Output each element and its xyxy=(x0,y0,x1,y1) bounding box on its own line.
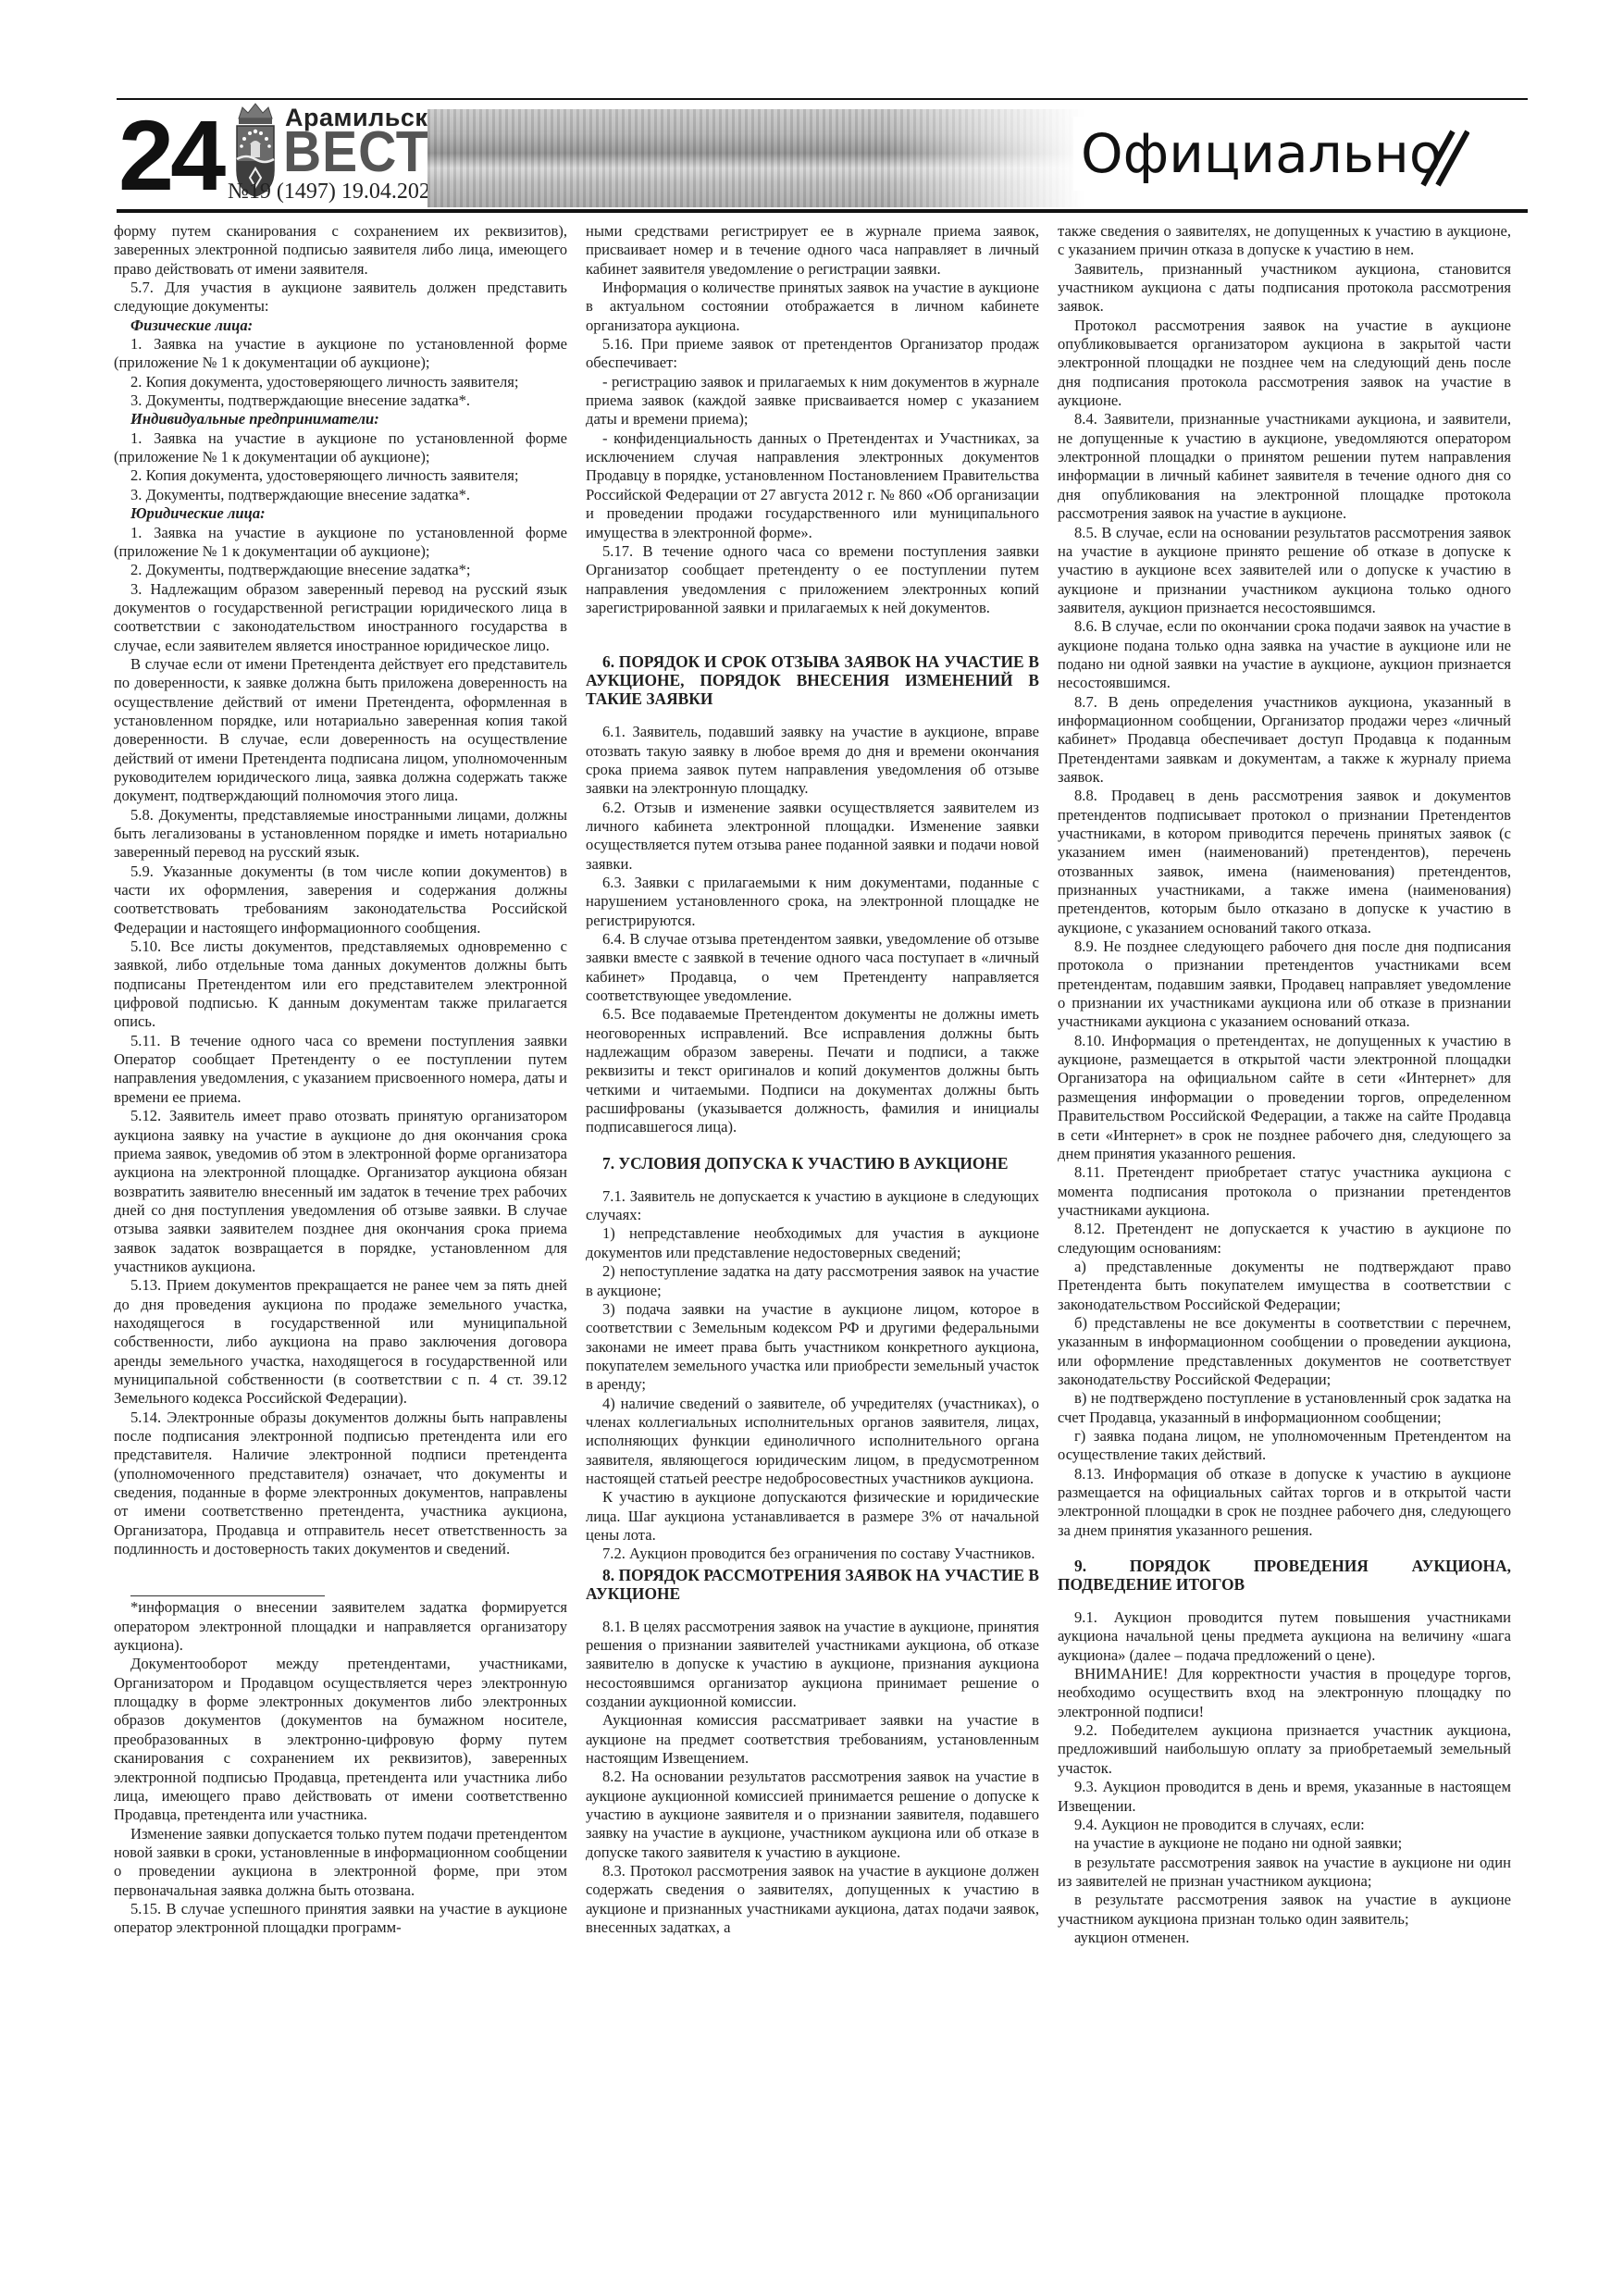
paragraph: К участию в аукционе допускаются физичес… xyxy=(586,1488,1039,1545)
section-heading-6: 6. ПОРЯДОК И СРОК ОТЗЫВА ЗАЯВОК НА УЧАСТ… xyxy=(586,652,1039,708)
list-item: 2. Копия документа, удостоверяющего личн… xyxy=(114,466,567,485)
section-heading-8: 8. ПОРЯДОК РАССМОТРЕНИЯ ЗАЯВОК НА УЧАСТИ… xyxy=(586,1566,1039,1603)
section-title: Официально xyxy=(1073,117,1449,191)
list-item: 3. Документы, подтверждающие внесение за… xyxy=(114,391,567,410)
paragraph-8-4: 8.4. Заявители, признанные участниками а… xyxy=(1058,410,1511,523)
list-item: в результате рассмотрения заявок на учас… xyxy=(1058,1854,1511,1892)
paragraph-5-17: 5.17. В течение одного часа со времени п… xyxy=(586,542,1039,617)
section-heading-7: 7. УСЛОВИЯ ДОПУСКА К УЧАСТИЮ В АУКЦИОНЕ xyxy=(586,1154,1039,1173)
paragraph-8-7: 8.7. В день определения участников аукци… xyxy=(1058,693,1511,788)
list-item: 1. Заявка на участие в аукционе по устан… xyxy=(114,429,567,467)
subheading-entrepreneurs: Индивидуальные предприниматели: xyxy=(114,410,567,428)
paragraph-5-16: 5.16. При приеме заявок от претендентов … xyxy=(586,335,1039,373)
paragraph-8-11: 8.11. Претендент приобретает статус учас… xyxy=(1058,1163,1511,1220)
paragraph-6-2: 6.2. Отзыв и изменение заявки осуществля… xyxy=(586,799,1039,874)
newspaper-page: 24 Арамильские ВЕСТИ №19 (1497) 19.04.20… xyxy=(0,0,1623,2296)
paragraph: форму путем сканирования с сохранением и… xyxy=(114,222,567,279)
column-3: также сведения о заявителях, не допущенн… xyxy=(1058,222,1511,1947)
page-number: 24 xyxy=(118,109,222,202)
paragraph-5-15: 5.15. В случае успешного принятия заявки… xyxy=(114,1900,567,1938)
list-item: 3. Документы, подтверждающие внесение за… xyxy=(114,486,567,504)
paragraph-8-8: 8.8. Продавец в день рассмотрения заявок… xyxy=(1058,787,1511,937)
list-item: 3) подача заявки на участие в аукционе л… xyxy=(586,1300,1039,1395)
top-rule xyxy=(117,98,1528,100)
list-item: 4) наличие сведений о заявителе, об учре… xyxy=(586,1395,1039,1489)
subheading-legal-entities: Юридические лица: xyxy=(114,504,567,523)
paragraph-5-8: 5.8. Документы, представляемые иностранн… xyxy=(114,806,567,863)
paragraph-8-10: 8.10. Информация о претендентах, не допу… xyxy=(1058,1032,1511,1163)
list-item: - регистрацию заявок и прилагаемых к ним… xyxy=(586,373,1039,429)
list-item: 2. Копия документа, удостоверяющего личн… xyxy=(114,373,567,391)
paragraph-5-12: 5.12. Заявитель имеет право отозвать при… xyxy=(114,1107,567,1276)
paragraph-9-4: 9.4. Аукцион не проводится в случаях, ес… xyxy=(1058,1816,1511,1834)
footnote: *информация о внесении заявителем задатк… xyxy=(114,1598,567,1655)
attention-notice: ВНИМАНИЕ! Для корректности участия в про… xyxy=(1058,1665,1511,1721)
paragraph-6-5: 6.5. Все подаваемые Претендентом докумен… xyxy=(586,1005,1039,1136)
paragraph: Информация о количестве принятых заявок … xyxy=(586,279,1039,335)
paragraph: Документооборот между претендентами, уча… xyxy=(114,1655,567,1824)
paragraph-6-1: 6.1. Заявитель, подавший заявку на участ… xyxy=(586,723,1039,798)
list-item: 1. Заявка на участие в аукционе по устан… xyxy=(114,524,567,562)
paragraph: В случае если от имени Претендента дейст… xyxy=(114,655,567,806)
list-item: аукцион отменен. xyxy=(1058,1929,1511,1947)
list-item: 2) непоступление задатка на дату рассмот… xyxy=(586,1262,1039,1300)
paragraph-5-11: 5.11. В течение одного часа со времени п… xyxy=(114,1032,567,1107)
issue-number-date: №19 (1497) 19.04.2023 xyxy=(228,180,441,205)
paragraph-6-3: 6.3. Заявки с прилагаемыми к ним докумен… xyxy=(586,874,1039,930)
paragraph: Заявитель, признанный участником аукцион… xyxy=(1058,260,1511,316)
list-item: г) заявка подана лицом, не уполномоченны… xyxy=(1058,1427,1511,1465)
list-item: 1. Заявка на участие в аукционе по устан… xyxy=(114,335,567,373)
paragraph: Аукционная комиссия рассматривает заявки… xyxy=(586,1711,1039,1768)
double-slash-icon xyxy=(1419,130,1469,187)
section-heading-9: 9. ПОРЯДОК ПРОВЕДЕНИЯ АУКЦИОНА, ПОДВЕДЕН… xyxy=(1058,1557,1511,1594)
paragraph-8-1: 8.1. В целях рассмотрения заявок на учас… xyxy=(586,1618,1039,1712)
paragraph-8-6: 8.6. В случае, если по окончании срока п… xyxy=(1058,617,1511,692)
paragraph-5-9: 5.9. Указанные документы (в том числе ко… xyxy=(114,863,567,937)
subheading-individuals: Физические лица: xyxy=(114,316,567,335)
paragraph-8-3: 8.3. Протокол рассмотрения заявок на уча… xyxy=(586,1862,1039,1937)
paragraph-6-4: 6.4. В случае отзыва претендентом заявки… xyxy=(586,930,1039,1005)
paragraph-9-1: 9.1. Аукцион проводится путем повышения … xyxy=(1058,1608,1511,1665)
paragraph: Протокол рассмотрения заявок на участие … xyxy=(1058,316,1511,411)
paragraph-9-2: 9.2. Победителем аукциона признается уча… xyxy=(1058,1721,1511,1778)
masthead-bottom-rule xyxy=(117,209,1528,213)
list-item: в результате рассмотрения заявок на учас… xyxy=(1058,1891,1511,1929)
list-item: - конфиденциальность данных о Претендент… xyxy=(586,429,1039,542)
list-item: а) представленные документы не подтвержд… xyxy=(1058,1258,1511,1314)
paragraph-7-1: 7.1. Заявитель не допускается к участию … xyxy=(586,1187,1039,1225)
column-1: форму путем сканирования с сохранением и… xyxy=(114,222,567,1938)
paragraph-9-3: 9.3. Аукцион проводится в день и время, … xyxy=(1058,1778,1511,1816)
list-item: 1) непредставление необходимых для участ… xyxy=(586,1224,1039,1262)
paragraph-8-2: 8.2. На основании результатов рассмотрен… xyxy=(586,1768,1039,1862)
paragraph-8-13: 8.13. Информация об отказе в допуске к у… xyxy=(1058,1465,1511,1540)
paragraph: ными средствами регистрирует ее в журнал… xyxy=(586,222,1039,279)
list-item: на участие в аукционе не подано ни одной… xyxy=(1058,1834,1511,1853)
paragraph-5-14: 5.14. Электронные образы документов долж… xyxy=(114,1409,567,1559)
list-item: 3. Надлежащим образом заверенный перевод… xyxy=(114,580,567,655)
list-item: 2. Документы, подтверждающие внесение за… xyxy=(114,561,567,579)
list-item: б) представлены не все документы в соотв… xyxy=(1058,1314,1511,1389)
paragraph-5-7: 5.7. Для участия в аукционе заявитель до… xyxy=(114,279,567,316)
paragraph-8-5: 8.5. В случае, если на основании результ… xyxy=(1058,524,1511,618)
paragraph: также сведения о заявителях, не допущенн… xyxy=(1058,222,1511,260)
paragraph-8-12: 8.12. Претендент не допускается к участи… xyxy=(1058,1220,1511,1258)
footnote-divider xyxy=(130,1595,325,1596)
paragraph-7-2: 7.2. Аукцион проводится без ограничения … xyxy=(586,1545,1039,1563)
paragraph-5-13: 5.13. Прием документов прекращается не р… xyxy=(114,1276,567,1408)
list-item: в) не подтверждено поступление в установ… xyxy=(1058,1389,1511,1427)
column-2: ными средствами регистрирует ее в журнал… xyxy=(586,222,1039,1938)
paragraph-5-10: 5.10. Все листы документов, представляем… xyxy=(114,937,567,1032)
paragraph-8-9: 8.9. Не позднее следующего рабочего дня … xyxy=(1058,937,1511,1032)
masthead-landscape-photo xyxy=(427,109,1084,207)
paragraph: Изменение заявки допускается только путе… xyxy=(114,1825,567,1900)
